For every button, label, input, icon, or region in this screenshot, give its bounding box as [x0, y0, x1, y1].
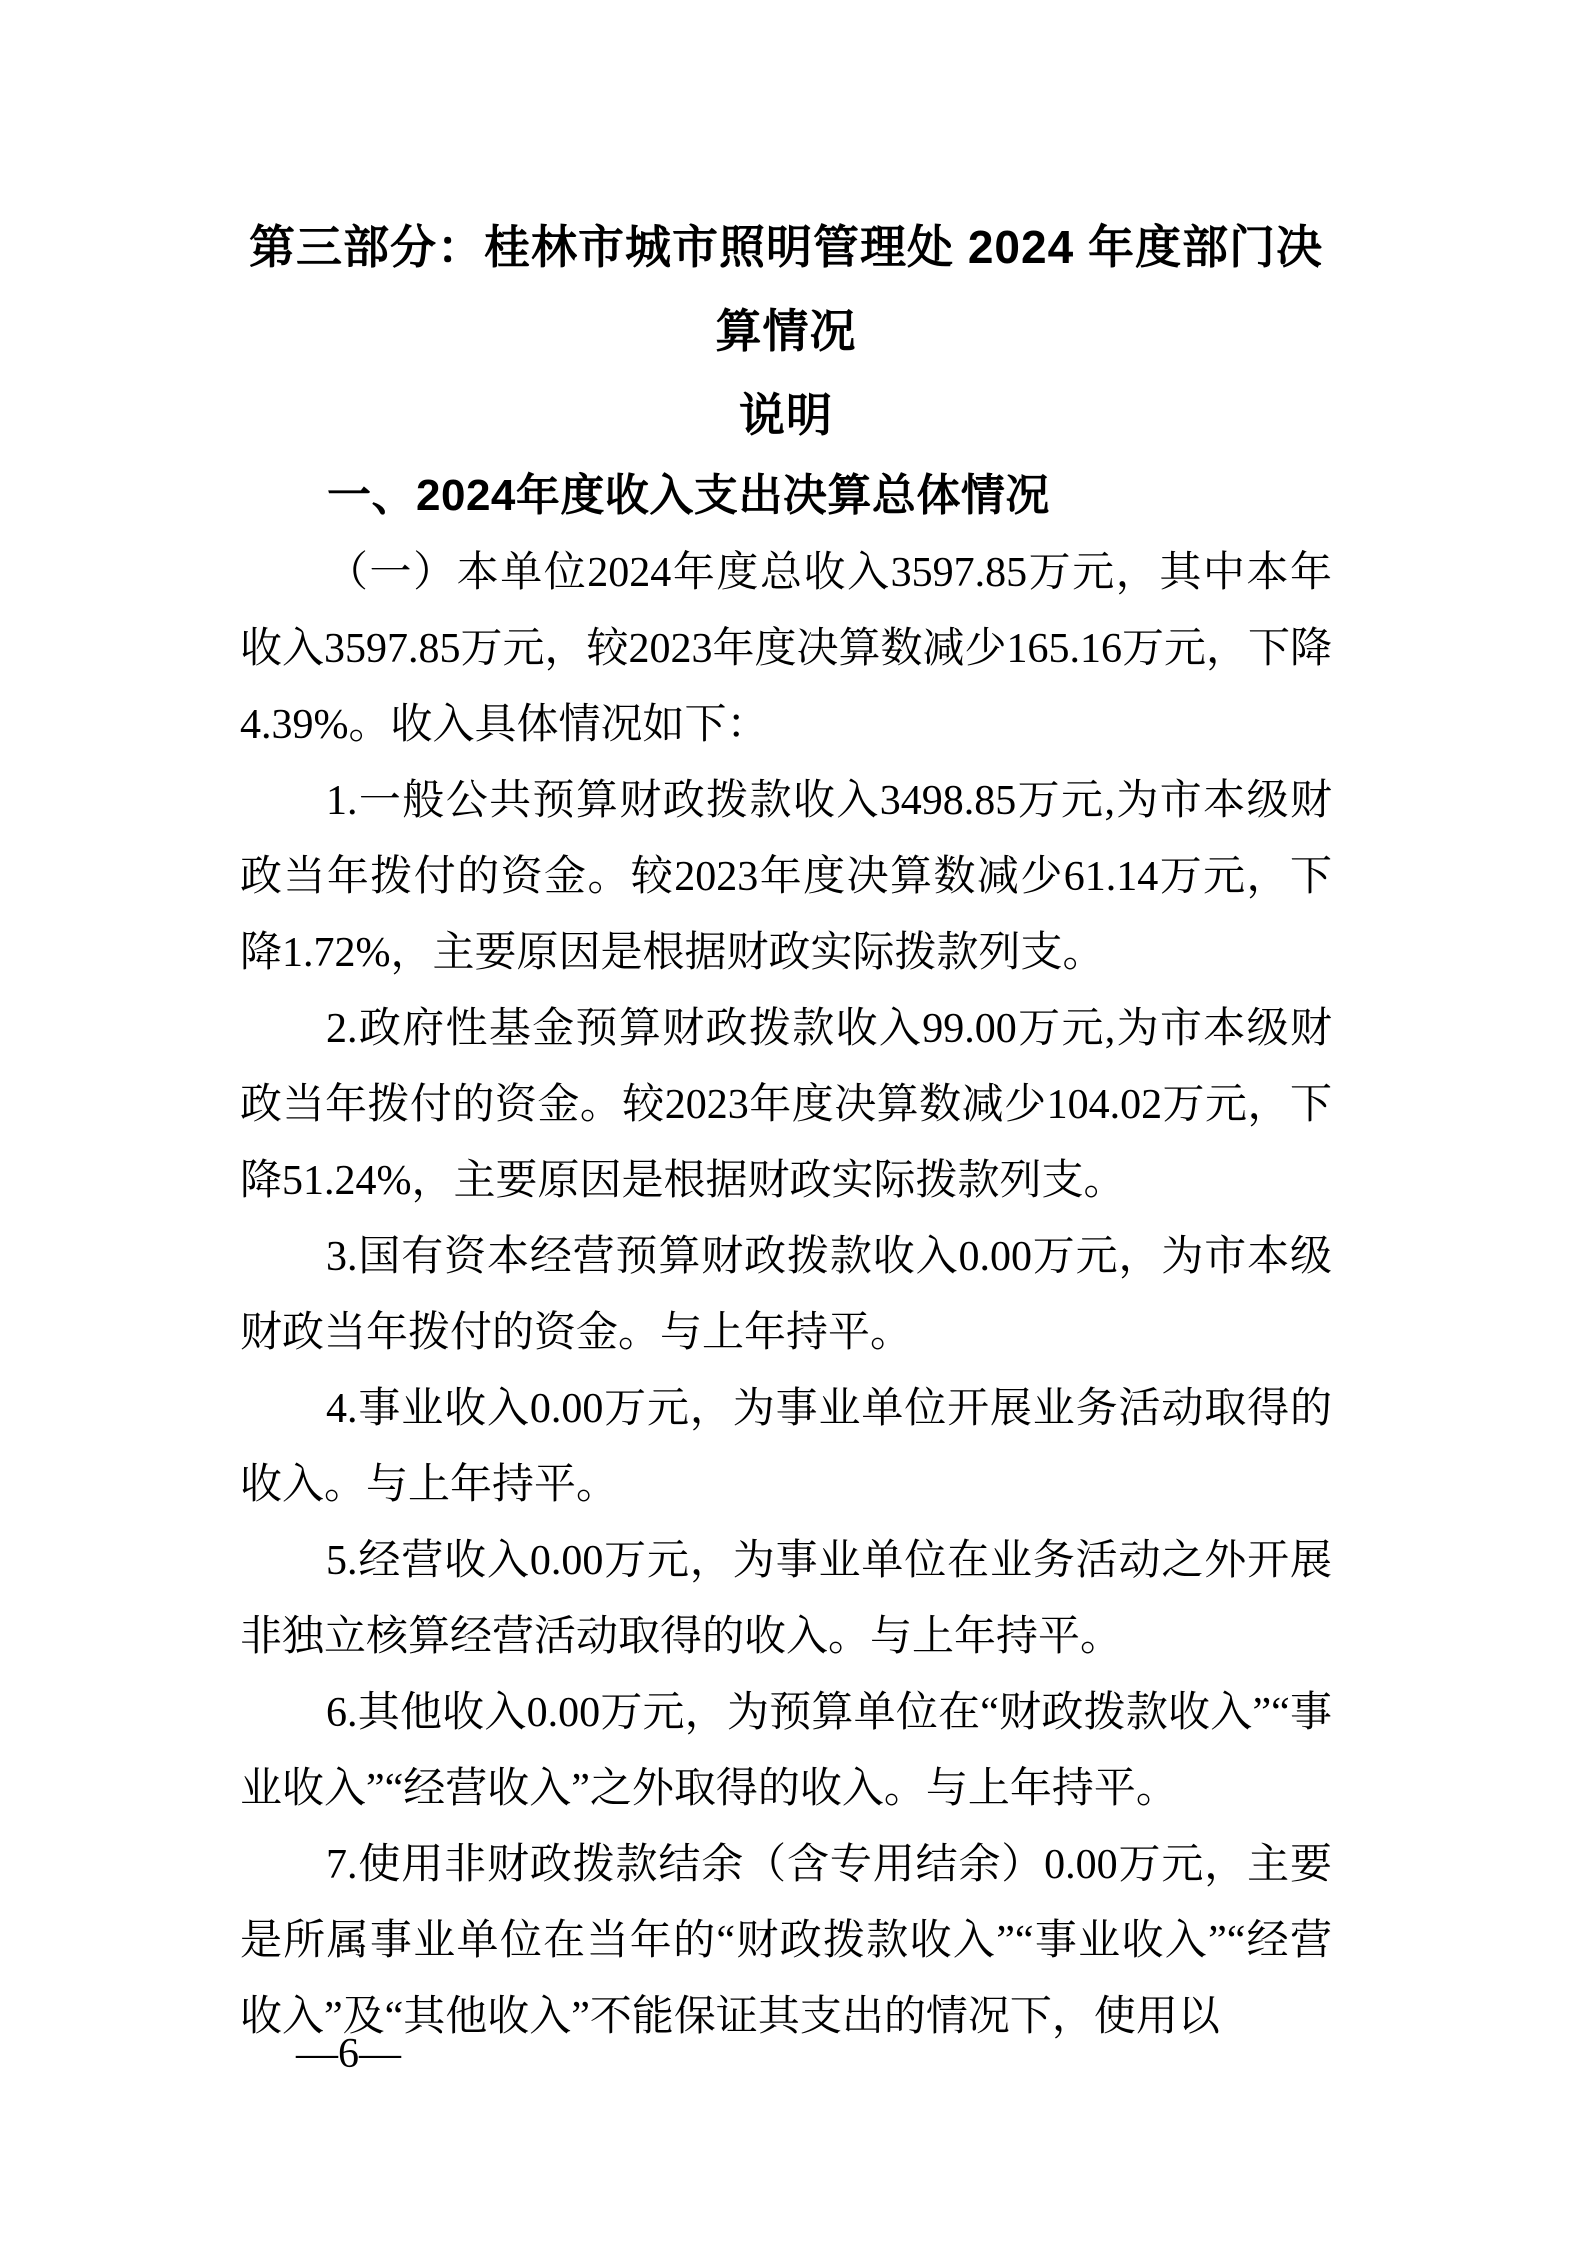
paragraph-general-public-budget: 1.一般公共预算财政拨款收入3498.85万元,为市本级财政当年拨付的资金。较2…: [240, 763, 1332, 991]
section-heading: 一、2024年度收入支出决算总体情况: [240, 457, 1332, 535]
document-title: 第三部分：桂林市城市照明管理处 2024 年度部门决算情况 说明: [240, 205, 1332, 457]
paragraph-operating-income: 5.经营收入0.00万元，为事业单位在业务活动之外开展非独立核算经营活动取得的收…: [240, 1523, 1332, 1675]
paragraph-other-income: 6.其他收入0.00万元，为预算单位在“财政拨款收入”“事业收入”“经营收入”之…: [240, 1675, 1332, 1827]
document-title-line1: 第三部分：桂林市城市照明管理处 2024 年度部门决算情况: [240, 205, 1332, 373]
document-title-line2: 说明: [240, 373, 1332, 457]
document-content: 第三部分：桂林市城市照明管理处 2024 年度部门决算情况 说明 一、2024年…: [240, 205, 1332, 2055]
paragraph-state-capital-budget: 3.国有资本经营预算财政拨款收入0.00万元，为市本级财政当年拨付的资金。与上年…: [240, 1219, 1332, 1371]
page-number: —6—: [296, 2032, 401, 2076]
document-page: 第三部分：桂林市城市照明管理处 2024 年度部门决算情况 说明 一、2024年…: [0, 0, 1587, 2245]
paragraph-non-fiscal-balance: 7.使用非财政拨款结余（含专用结余）0.00万元，主要是所属事业单位在当年的“财…: [240, 1827, 1332, 2055]
paragraph-institution-income: 4.事业收入0.00万元，为事业单位开展业务活动取得的收入。与上年持平。: [240, 1371, 1332, 1523]
paragraph-government-fund-budget: 2.政府性基金预算财政拨款收入99.00万元,为市本级财政当年拨付的资金。较20…: [240, 991, 1332, 1219]
paragraph-total-income: （一）本单位2024年度总收入3597.85万元，其中本年收入3597.85万元…: [240, 535, 1332, 763]
